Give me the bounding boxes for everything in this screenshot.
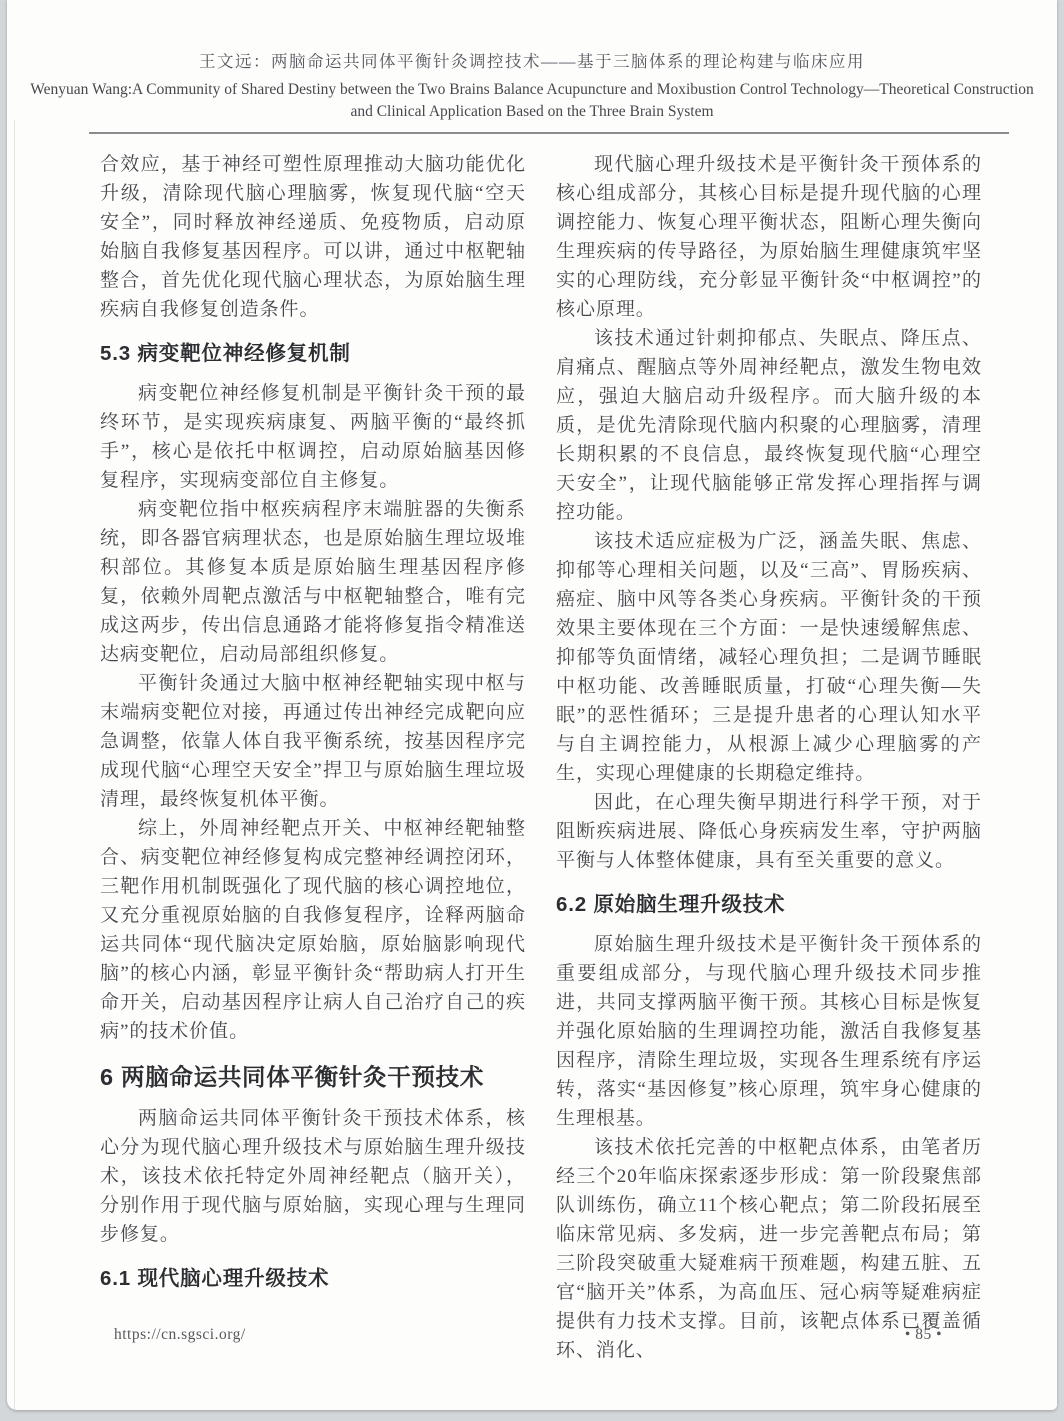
paragraph: 该技术通过针刺抑郁点、失眠点、降压点、肩痛点、醒脑点等外周神经靶点，激发生物电效… [556, 324, 982, 527]
paragraph: 因此，在心理失衡早期进行科学干预，对于阻断疾病进展、降低心身疾病发生率，守护两脑… [556, 788, 982, 875]
header-divider [89, 132, 1009, 134]
paragraph: 病变靶位指中枢疾病程序末端脏器的失衡系统，即各器官病理状态，也是原始脑生理垃圾堆… [100, 495, 526, 669]
paragraph: 现代脑心理升级技术是平衡针灸干预体系的核心组成部分，其核心目标是提升现代脑的心理… [556, 150, 982, 324]
journal-url: https://cn.sgsci.org/ [114, 1326, 246, 1344]
paper-page: 王文远：两脑命运共同体平衡针灸调控技术——基于三脑体系的理论构建与临床应用 We… [7, 0, 1057, 1410]
paragraph: 平衡针灸通过大脑中枢神经靶轴实现中枢与末端病变靶位对接，再通过传出神经完成靶向应… [100, 669, 526, 814]
section-heading-6-2: 6.2 原始脑生理升级技术 [556, 890, 982, 919]
left-column: 合效应，基于神经可塑性原理推动大脑功能优化升级，清除现代脑心理脑雾，恢复现代脑“… [100, 150, 526, 1365]
section-heading-6: 6 两脑命运共同体平衡针灸干预技术 [100, 1063, 526, 1092]
paragraph: 综上，外周神经靶点开关、中枢神经靶轴整合、病变靶位神经修复构成完整神经调控闭环，… [100, 814, 526, 1046]
right-column: 现代脑心理升级技术是平衡针灸干预体系的核心组成部分，其核心目标是提升现代脑的心理… [556, 150, 982, 1365]
section-heading-5-3: 5.3 病变靶位神经修复机制 [100, 339, 526, 368]
running-header: 王文远：两脑命运共同体平衡针灸调控技术——基于三脑体系的理论构建与临床应用 We… [7, 0, 1057, 134]
paragraph: 两脑命运共同体平衡针灸干预技术体系，核心分为现代脑心理升级技术与原始脑生理升级技… [100, 1104, 526, 1249]
running-title-chinese: 王文远：两脑命运共同体平衡针灸调控技术——基于三脑体系的理论构建与临床应用 [7, 52, 1057, 72]
paragraph: 病变靶位神经修复机制是平衡针灸干预的最终环节，是实现疾病康复、两脑平衡的“最终抓… [100, 379, 526, 495]
paragraph: 合效应，基于神经可塑性原理推动大脑功能优化升级，清除现代脑心理脑雾，恢复现代脑“… [100, 150, 526, 324]
section-heading-6-1: 6.1 现代脑心理升级技术 [100, 1264, 526, 1293]
two-column-body: 合效应，基于神经可塑性原理推动大脑功能优化升级，清除现代脑心理脑雾，恢复现代脑“… [100, 150, 982, 1365]
page-number: • 85 • [905, 1326, 942, 1344]
running-title-english-line2: and Clinical Application Based on the Th… [7, 101, 1057, 123]
paragraph: 该技术适应症极为广泛，涵盖失眠、焦虑、抑郁等心理相关问题，以及“三高”、胃肠疾病… [556, 527, 982, 788]
running-title-english-line1: Wenyuan Wang:A Community of Shared Desti… [7, 79, 1057, 101]
paragraph: 原始脑生理升级技术是平衡针灸干预体系的重要组成部分，与现代脑心理升级技术同步推进… [556, 930, 982, 1133]
page-footer: https://cn.sgsci.org/ • 85 • [114, 1326, 942, 1344]
